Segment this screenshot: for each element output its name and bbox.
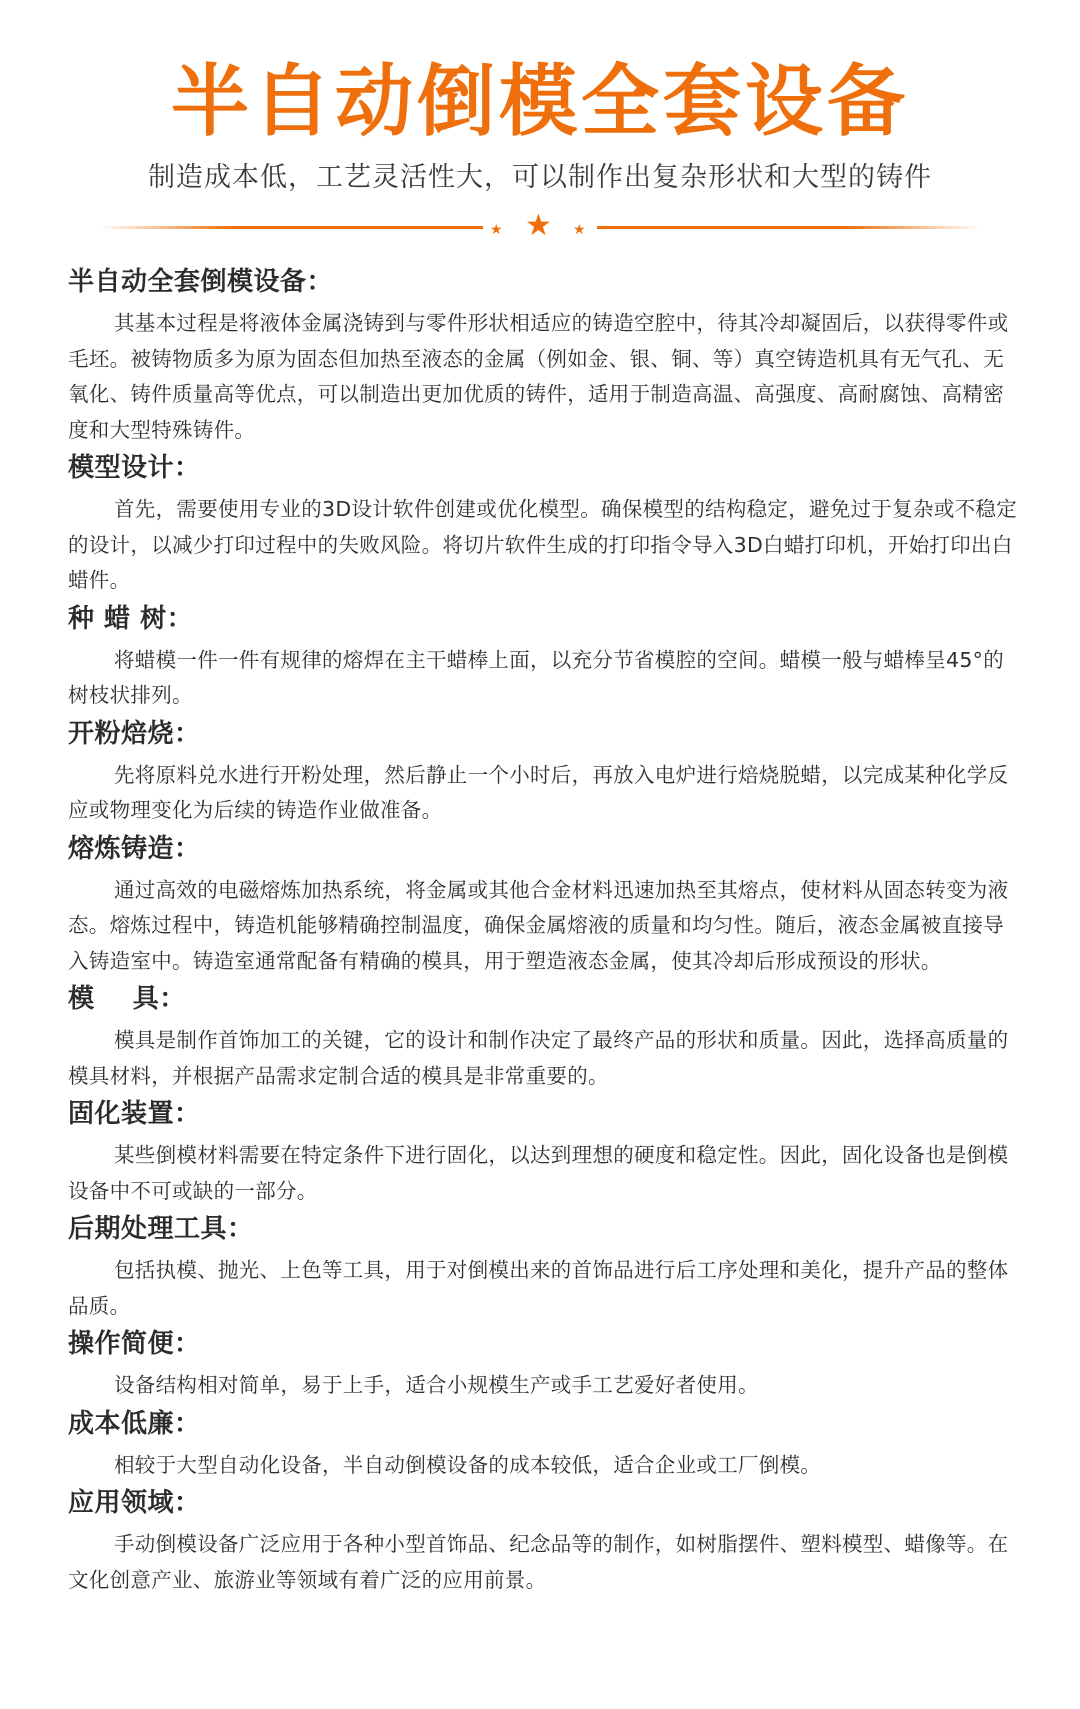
section-model-design: 模型设计： 首先，需要使用专业的3D设计软件创建或优化模型。确保模型的结构稳定，… (68, 448, 1018, 599)
content-body: 半自动全套倒模设备： 其基本过程是将液体金属浇铸到与零件形状相适应的铸造空腔中，… (68, 262, 1018, 1598)
star-icon: ★ (490, 216, 503, 244)
divider-line-left (100, 226, 483, 229)
section-body: 包括执模、抛光、上色等工具，用于对倒模出来的首饰品进行后工序处理和美化，提升产品… (68, 1253, 1018, 1324)
section-smelting-casting: 熔炼铸造： 通过高效的电磁熔炼加热系统，将金属或其他合金材料迅速加热至其熔点，使… (68, 829, 1018, 980)
section-heading: 开粉焙烧： (68, 714, 1018, 754)
section-heading: 固化装置： (68, 1094, 1018, 1134)
decorative-divider: ★ ★ ★ (100, 214, 980, 242)
section-body: 模具是制作首饰加工的关键，它的设计和制作决定了最终产品的形状和质量。因此，选择高… (68, 1023, 1018, 1094)
section-body: 某些倒模材料需要在特定条件下进行固化，以达到理想的硬度和稳定性。因此，固化设备也… (68, 1138, 1018, 1209)
section-body: 首先，需要使用专业的3D设计软件创建或优化模型。确保模型的结构稳定，避免过于复杂… (68, 492, 1018, 599)
section-body: 其基本过程是将液体金属浇铸到与零件形状相适应的铸造空腔中，待其冷却凝固后，以获得… (68, 306, 1018, 448)
section-heading: 后期处理工具： (68, 1209, 1018, 1249)
page-subtitle: 制造成本低，工艺灵活性大，可以制作出复杂形状和大型的铸件 (0, 158, 1080, 198)
section-applications: 应用领域： 手动倒模设备广泛应用于各种小型首饰品、纪念品等的制作，如树脂摆件、塑… (68, 1483, 1018, 1598)
product-detail-page: 半自动倒模全套设备 制造成本低，工艺灵活性大，可以制作出复杂形状和大型的铸件 ★… (0, 0, 1080, 1709)
section-low-cost: 成本低廉： 相较于大型自动化设备，半自动倒模设备的成本较低，适合企业或工厂倒模。 (68, 1404, 1018, 1484)
section-heading: 模 具： (68, 979, 1018, 1019)
section-mold: 模 具： 模具是制作首饰加工的关键，它的设计和制作决定了最终产品的形状和质量。因… (68, 979, 1018, 1094)
section-body: 手动倒模设备广泛应用于各种小型首饰品、纪念品等的制作，如树脂摆件、塑料模型、蜡像… (68, 1527, 1018, 1598)
section-body: 相较于大型自动化设备，半自动倒模设备的成本较低，适合企业或工厂倒模。 (68, 1448, 1018, 1484)
section-heading: 模型设计： (68, 448, 1018, 488)
section-body: 设备结构相对简单，易于上手，适合小规模生产或手工艺爱好者使用。 (68, 1368, 1018, 1404)
section-heading: 半自动全套倒模设备： (68, 262, 1018, 302)
section-heading: 熔炼铸造： (68, 829, 1018, 869)
section-body: 先将原料兑水进行开粉处理，然后静止一个小时后，再放入电炉进行焙烧脱蜡，以完成某种… (68, 758, 1018, 829)
section-heading: 种 蜡 树： (68, 599, 1018, 639)
section-easy-operation: 操作简便： 设备结构相对简单，易于上手，适合小规模生产或手工艺爱好者使用。 (68, 1324, 1018, 1404)
section-wax-tree: 种 蜡 树： 将蜡模一件一件有规律的熔焊在主干蜡棒上面，以充分节省模腔的空间。蜡… (68, 599, 1018, 714)
section-heading: 操作简便： (68, 1324, 1018, 1364)
section-heading: 应用领域： (68, 1483, 1018, 1523)
section-post-processing-tools: 后期处理工具： 包括执模、抛光、上色等工具，用于对倒模出来的首饰品进行后工序处理… (68, 1209, 1018, 1324)
divider-line-right (597, 226, 980, 229)
section-heading: 成本低廉： (68, 1404, 1018, 1444)
section-body: 通过高效的电磁熔炼加热系统，将金属或其他合金材料迅速加热至其熔点，使材料从固态转… (68, 873, 1018, 980)
star-icon: ★ (573, 216, 586, 244)
section-curing-device: 固化装置： 某些倒模材料需要在特定条件下进行固化，以达到理想的硬度和稳定性。因此… (68, 1094, 1018, 1209)
page-title: 半自动倒模全套设备 (0, 52, 1080, 152)
section-powder-baking: 开粉焙烧： 先将原料兑水进行开粉处理，然后静止一个小时后，再放入电炉进行焙烧脱蜡… (68, 714, 1018, 829)
section-body: 将蜡模一件一件有规律的熔焊在主干蜡棒上面，以充分节省模腔的空间。蜡模一般与蜡棒呈… (68, 643, 1018, 714)
section-overview: 半自动全套倒模设备： 其基本过程是将液体金属浇铸到与零件形状相适应的铸造空腔中，… (68, 262, 1018, 448)
star-icon: ★ (525, 212, 552, 240)
